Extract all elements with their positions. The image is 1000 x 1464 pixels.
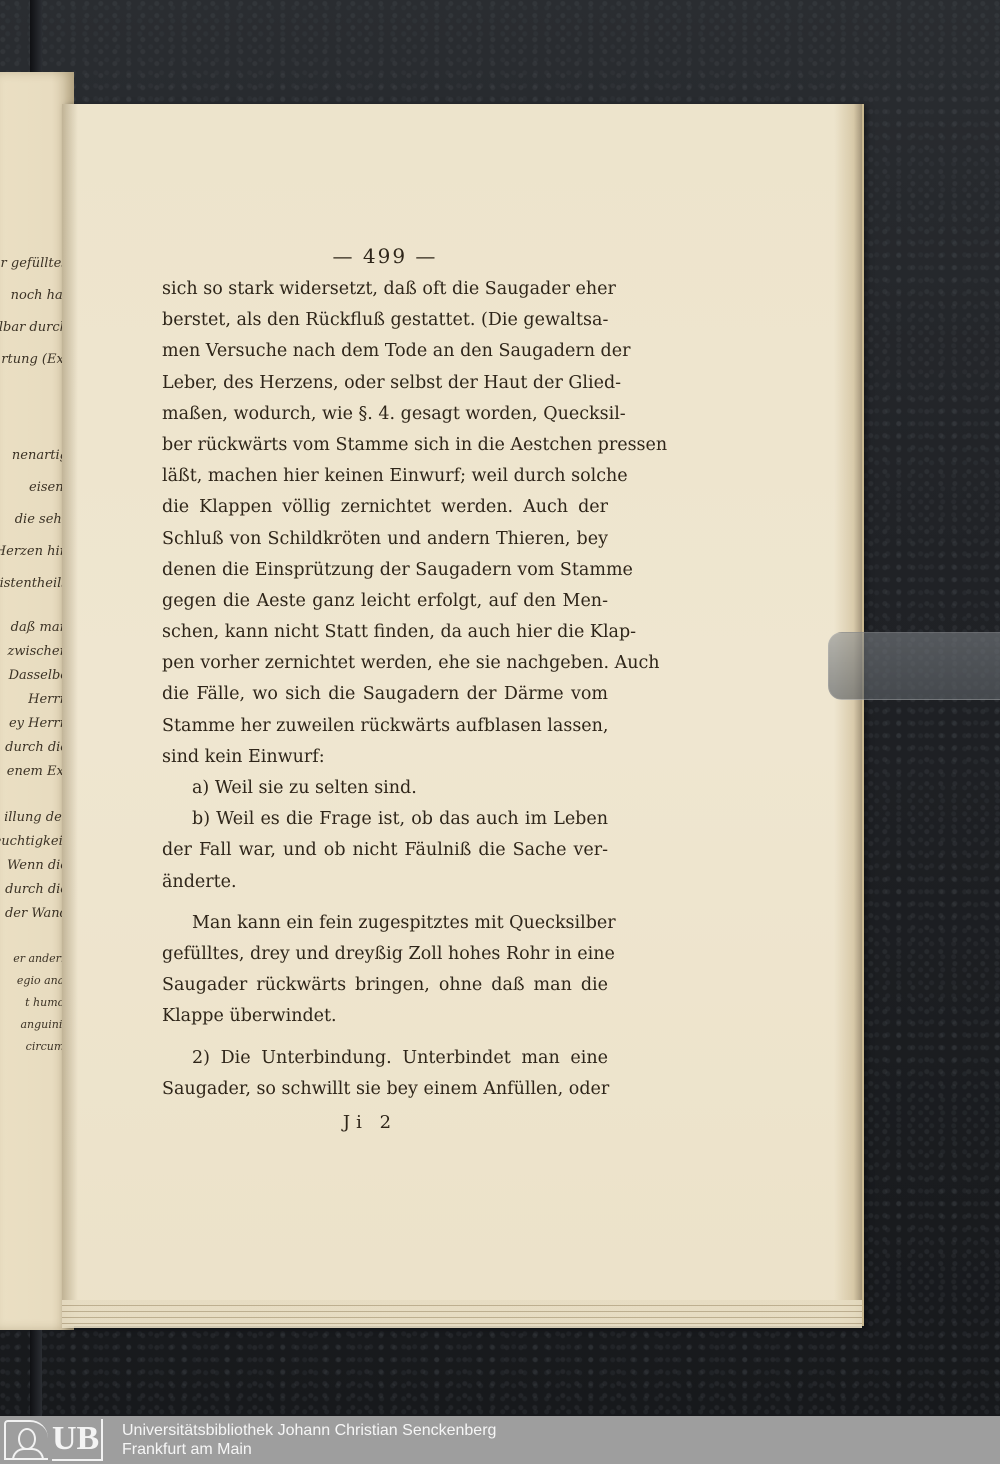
left-page-line: illung der [4,810,68,825]
text-line: Man kann ein fein zugespitztes mit Queck… [162,908,608,939]
left-page-line: durch die [5,740,68,755]
library-name-line1: Universitätsbibliothek Johann Christian … [122,1421,496,1440]
ub-logo-text: UB [52,1419,103,1461]
text-line: änderte. [162,867,608,898]
library-name: Universitätsbibliothek Johann Christian … [122,1421,496,1459]
left-page-line: der Wand [5,906,68,921]
text-line: Schluß von Schildkröten und andern Thier… [162,524,608,555]
left-page-line: zwischen [7,644,68,659]
left-page-line: egio ana- [17,974,68,987]
text-line: sind kein Einwurf: [162,742,608,773]
list-item-a: a) Weil sie zu selten sind. [162,773,608,804]
left-page-line: noch hat [11,288,68,303]
text-line: die Fälle, wo sich die Saugadern der Där… [162,679,608,710]
left-page-line: anguinis [20,1018,68,1031]
left-page-line: Dasselbe [9,668,68,683]
text-line: berstet, als den Rückfluß gestattet. (Di… [162,305,608,336]
text-line: Saugader, so schwillt sie bey einem Anfü… [162,1074,608,1105]
list-item-b: b) Weil es die Frage ist, ob das auch im… [162,804,608,835]
signature-mark: Ji 2 [132,1105,608,1141]
left-page-line: istentheils [0,576,68,591]
left-page-line: durch die [5,882,68,897]
left-page-line: er andern [13,952,68,965]
text-line: Saugader rückwärts bringen, ohne daß man… [162,970,608,1001]
left-page-line: die sehr [15,512,68,527]
left-page-line: er gefülltes [0,256,68,271]
text-line: Stamme her zuweilen rückwärts aufblasen … [162,711,608,742]
left-page-line: elbar durch [0,320,68,335]
page-number: — 499 — [162,238,608,274]
text-line: denen die Einsprützung der Saugadern vom… [162,555,608,586]
text-line: gegen die Aeste ganz leicht erfolgt, auf… [162,586,608,617]
text-line: maßen, wodurch, wie §. 4. gesagt worden,… [162,399,608,430]
text-line: Leber, des Herzens, oder selbst der Haut… [162,368,608,399]
library-name-line2: Frankfurt am Main [122,1440,496,1459]
library-footer-bar: UB Universitätsbibliothek Johann Christi… [0,1416,1000,1464]
text-line: schen, kann nicht Statt finden, da auch … [162,617,608,648]
text-line: die Klappen völlig zernichtet werden. Au… [162,492,608,523]
left-page-line: enem Ex- [7,764,68,779]
text-line: men Versuche nach dem Tode an den Saugad… [162,336,608,367]
text-line: Klappe überwindet. [162,1001,608,1032]
text-line: pen vorher zernichtet werden, ehe sie na… [162,648,608,679]
text-line: ber rückwärts vom Stamme sich in die Aes… [162,430,608,461]
left-page-line: nenartig [12,448,68,463]
portrait-icon [4,1420,48,1460]
left-page-line: Wenn die [7,858,68,873]
page-text: — 499 — sich so stark widersetzt, daß of… [162,238,608,1141]
page-deckle-edge [62,1300,862,1328]
text-line: gefülltes, drey und dreyßig Zoll hohes R… [162,939,608,970]
left-page-line: Herzen hin [0,544,68,559]
left-page-line: rtung (Ex- [1,352,68,367]
ub-logo: UB [4,1418,108,1462]
section-heading-line: 2) Die Unterbindung. Unterbindet man ein… [162,1043,608,1074]
left-page-line: daß man [11,620,68,635]
left-page-line: ey Herrn [9,716,68,731]
spine-shadow [62,104,78,1326]
left-page-line: euchtigkeit [0,834,68,849]
bookmark-strip [828,632,1000,700]
text-line: sich so stark widersetzt, daß oft die Sa… [162,274,608,305]
text-line: der Fall war, und ob nicht Fäulniß die S… [162,835,608,866]
text-line: läßt, machen hier keinen Einwurf; weil d… [162,461,608,492]
